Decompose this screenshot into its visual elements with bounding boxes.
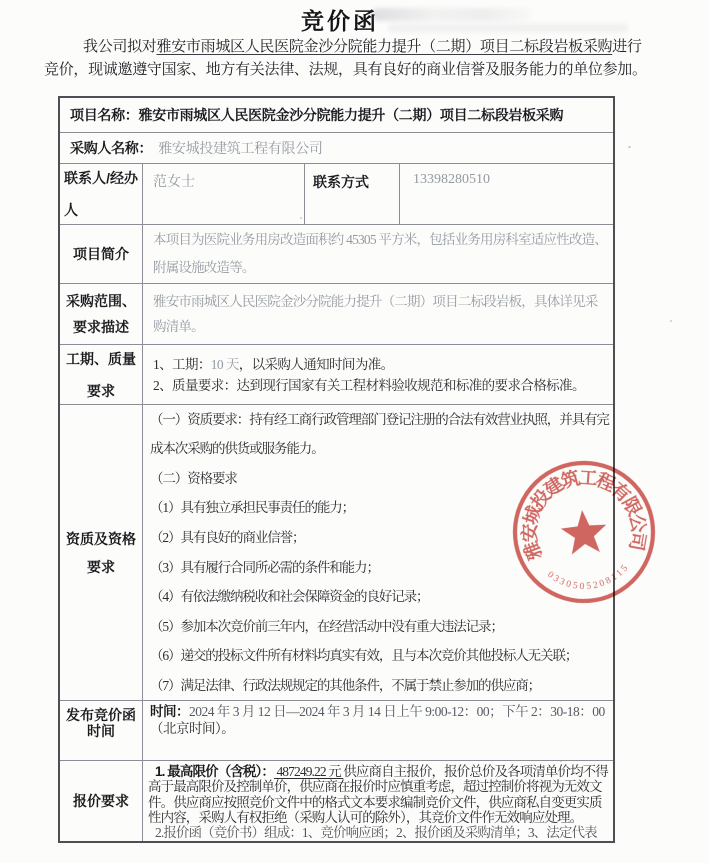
quote-req-paragraph2: 2.报价函（竞价书）组成：1、竞价响应函；2、报价函及采购清单；3、法定代表 bbox=[148, 825, 609, 840]
brief-label: 项目简介 bbox=[60, 225, 143, 283]
quote-req-paragraph1: 1. 最高限价（含税）： 487249.22 元 供应商自主报价，报价总价及各项… bbox=[148, 764, 609, 825]
bid-table: 项目名称：雅安市雨城区人民医院金沙分院能力提升（二期）项目二标段岩板采购 采购人… bbox=[58, 96, 615, 843]
qualification-label: 资质及资格要求 bbox=[60, 405, 143, 700]
table-row-publish-time: 发布竞价函时间 时间：2024 年 3 月 12 日—2024 年 3 月 14… bbox=[60, 700, 613, 760]
project-name-label: 项目名称： bbox=[70, 105, 139, 125]
contact-method-label: 联系方式 bbox=[305, 164, 400, 224]
table-row-schedule: 工期、质量要求 1、工期：10 天，以采购人通知时间为准。 2、质量要求：达到现… bbox=[60, 344, 613, 404]
project-name-value: 雅安市雨城区人民医院金沙分院能力提升（二期）项目二标段岩板采购 bbox=[139, 105, 564, 125]
scan-artifact bbox=[388, 24, 628, 32]
qualification-item: （6）递交的投标文件所有材料均真实有效，且与本次竞价其他投标人无关联； bbox=[150, 641, 611, 671]
contact-label: 联系人/经办人 bbox=[60, 164, 143, 224]
scan-speck bbox=[300, 217, 302, 219]
publish-time-prefix: 时间： bbox=[150, 704, 189, 719]
table-row-scope: 采购范围、要求描述 雅安市雨城区人民医院金沙分院能力提升（二期）项目二标段岩板，… bbox=[60, 283, 613, 344]
qualification-item: （1）具有独立承担民事责任的能力； bbox=[150, 493, 611, 523]
qualification-item: （5）参加本次竞价前三年内，在经营活动中没有重大违法记录； bbox=[150, 612, 611, 642]
table-row-qualification: 资质及资格要求 （一）资质要求：持有经工商行政管理部门登记注册的合法有效营业执照… bbox=[60, 404, 613, 700]
schedule-label: 工期、质量要求 bbox=[60, 345, 143, 404]
schedule-line1: 1、工期：10 天，以采购人通知时间为准。 bbox=[153, 354, 609, 375]
document-page: 竞价函 我公司拟对雅安市雨城区人民医院金沙分院能力提升（二期）项目二标段岩板采购… bbox=[0, 0, 709, 863]
qualification-item: （4）有依法缴纳税收和社会保障资金的良好记录； bbox=[150, 582, 611, 612]
quote-req-label: 报价要求 bbox=[60, 761, 143, 841]
qualification-item: （一）资质要求：持有经工商行政管理部门登记注册的合法有效营业执照，并具有完成本次… bbox=[150, 405, 611, 464]
scan-speck bbox=[628, 146, 631, 148]
svg-text:1: 1 bbox=[615, 568, 625, 579]
table-row-project-name: 项目名称：雅安市雨城区人民医院金沙分院能力提升（二期）项目二标段岩板采购 bbox=[60, 98, 613, 132]
schedule-line2: 2、质量要求：达到现行国家有关工程材料验收规范和标准的要求合格标准。 bbox=[153, 375, 609, 396]
intro-project-name: 雅安市雨城区人民医院金沙分院能力提升（二期）项目二标段岩板采购 bbox=[157, 39, 613, 55]
qualification-item: （7）满足法律、行政法规规定的其他条件，不属于禁止参加的供应商； bbox=[150, 671, 611, 700]
contact-name: 范女士 bbox=[143, 164, 305, 224]
publish-time-value: 2024 年 3 月 12 日—2024 年 3 月 14 日上午 9:00-1… bbox=[189, 704, 605, 719]
scope-content: 雅安市雨城区人民医院金沙分院能力提升（二期）项目二标段岩板，具体详见采购清单。 bbox=[143, 284, 613, 344]
qualification-item: （3）具有履行合同所必需的条件和能力； bbox=[150, 553, 611, 583]
svg-text:司: 司 bbox=[625, 530, 649, 552]
svg-text:公: 公 bbox=[625, 513, 649, 535]
purchaser-value: 雅安城投建筑工程有限公司 bbox=[158, 138, 322, 158]
publish-time-content: 时间：2024 年 3 月 12 日—2024 年 3 月 14 日上午 9:0… bbox=[143, 701, 613, 760]
publish-time-suffix: （北京时间）。 bbox=[150, 721, 609, 738]
purchaser-cell: 采购人名称：雅安城投建筑工程有限公司 bbox=[60, 133, 613, 163]
publish-time-label: 发布竞价函时间 bbox=[60, 701, 143, 760]
scan-speck bbox=[560, 760, 562, 762]
max-price-value: 487249.22 元 bbox=[274, 764, 343, 779]
svg-text:5: 5 bbox=[620, 564, 631, 574]
table-row-brief: 项目简介 本项目为医院业务用房改造面积约 45305 平方米，包括业务用房科室适… bbox=[60, 224, 613, 283]
max-price-label: 1. 最高限价（含税）： bbox=[155, 764, 274, 779]
quote-req-content: 1. 最高限价（含税）： 487249.22 元 供应商自主报价，报价总价及各项… bbox=[143, 761, 613, 841]
qualification-item: （二）资格要求 bbox=[150, 464, 611, 494]
scan-artifact bbox=[372, 8, 532, 21]
table-row-purchaser: 采购人名称：雅安城投建筑工程有限公司 bbox=[60, 132, 613, 163]
qualification-content: （一）资质要求：持有经工商行政管理部门登记注册的合法有效营业执照，并具有完成本次… bbox=[143, 405, 613, 700]
svg-text:限: 限 bbox=[618, 494, 645, 521]
qualification-item: （2）具有良好的商业信誉； bbox=[150, 523, 611, 553]
schedule-content: 1、工期：10 天，以采购人通知时间为准。 2、质量要求：达到现行国家有关工程材… bbox=[143, 345, 613, 404]
intro-paragraph: 我公司拟对雅安市雨城区人民医院金沙分院能力提升（二期）项目二标段岩板采购进行竞价… bbox=[44, 36, 650, 81]
table-row-quote-requirements: 报价要求 1. 最高限价（含税）： 487249.22 元 供应商自主报价，报价… bbox=[60, 760, 613, 841]
scan-speck bbox=[670, 320, 672, 322]
intro-prefix: 我公司拟对 bbox=[83, 39, 157, 55]
scope-label: 采购范围、要求描述 bbox=[60, 284, 143, 344]
project-name-cell: 项目名称：雅安市雨城区人民医院金沙分院能力提升（二期）项目二标段岩板采购 bbox=[60, 98, 613, 132]
purchaser-label: 采购人名称： bbox=[70, 138, 152, 158]
brief-content: 本项目为医院业务用房改造面积约 45305 平方米，包括业务用房科室适应性改造、… bbox=[143, 225, 613, 283]
table-row-contact: 联系人/经办人 范女士 联系方式 13398280510 bbox=[60, 163, 613, 224]
schedule-duration-value: 10 天 bbox=[211, 357, 239, 372]
contact-phone: 13398280510 bbox=[400, 164, 613, 224]
